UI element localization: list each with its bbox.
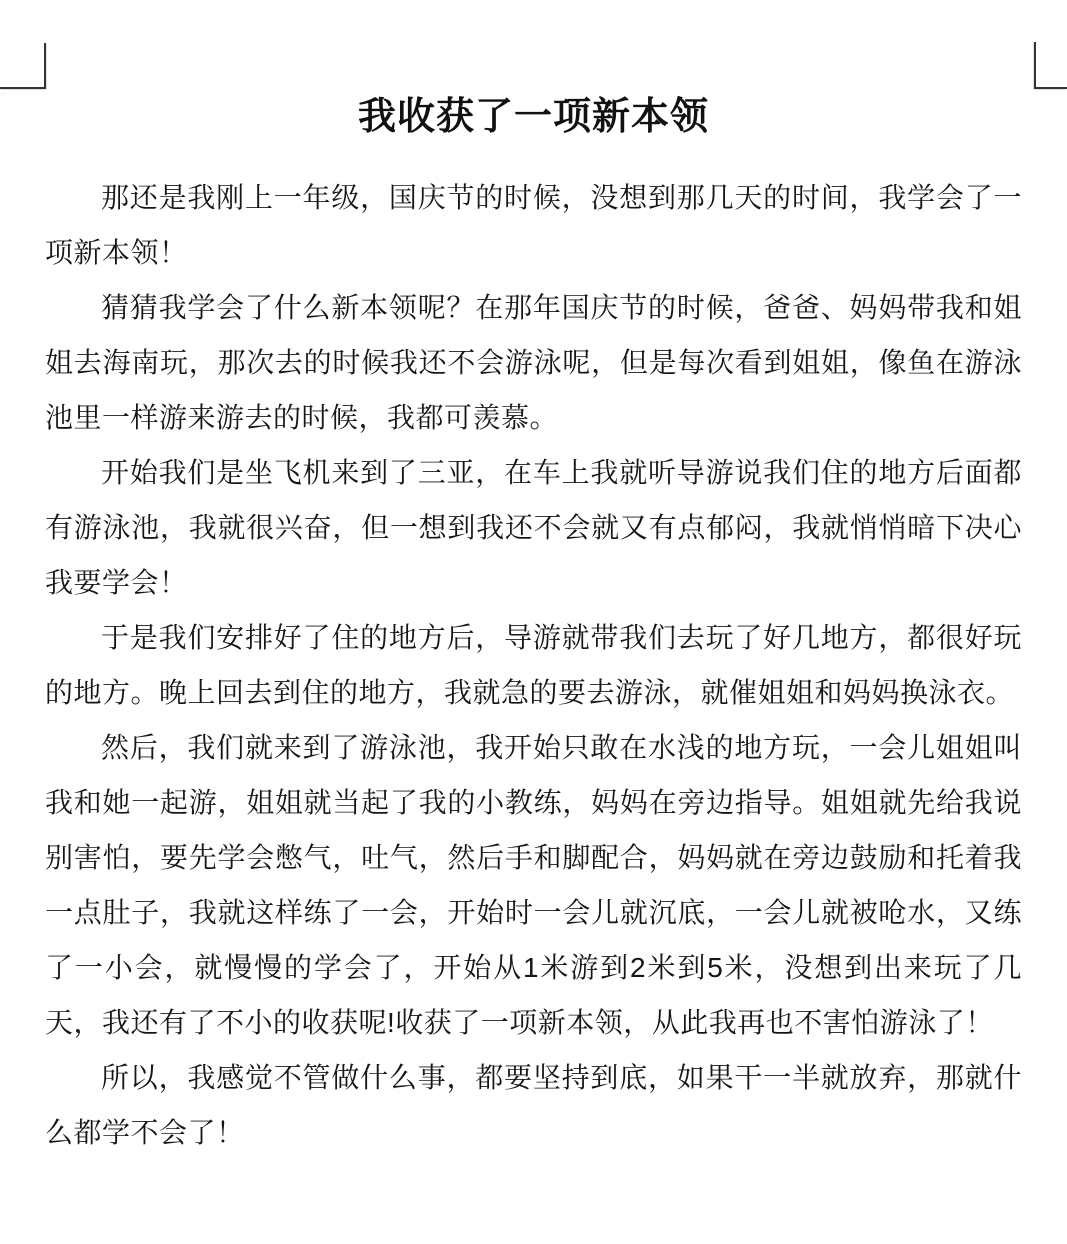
essay-paragraph: 开始我们是坐飞机来到了三亚，在车上我就听导游说我们住的地方后面都有游泳池，我就很… bbox=[45, 445, 1022, 610]
essay-paragraph: 猜猜我学会了什么新本领呢？在那年国庆节的时候，爸爸、妈妈带我和姐姐去海南玩，那次… bbox=[45, 280, 1022, 445]
essay-body: 那还是我刚上一年级，国庆节的时候，没想到那几天的时间，我学会了一项新本领！猜猜我… bbox=[0, 170, 1067, 1160]
document-page: 我收获了一项新本领 那还是我刚上一年级，国庆节的时候，没想到那几天的时间，我学会… bbox=[0, 0, 1067, 1244]
essay-paragraph: 所以，我感觉不管做什么事，都要坚持到底，如果干一半就放弃，那就什么都学不会了！ bbox=[45, 1050, 1022, 1160]
essay-paragraph: 然后，我们就来到了游泳池，我开始只敢在水浅的地方玩，一会儿姐姐叫我和她一起游，姐… bbox=[45, 720, 1022, 1050]
essay-paragraph: 那还是我刚上一年级，国庆节的时候，没想到那几天的时间，我学会了一项新本领！ bbox=[45, 170, 1022, 280]
crop-mark-top-left bbox=[0, 43, 46, 89]
essay-paragraph: 于是我们安排好了住的地方后，导游就带我们去玩了好几地方，都很好玩的地方。晚上回去… bbox=[45, 610, 1022, 720]
crop-mark-top-right bbox=[1034, 42, 1067, 89]
essay-title: 我收获了一项新本领 bbox=[0, 90, 1067, 145]
